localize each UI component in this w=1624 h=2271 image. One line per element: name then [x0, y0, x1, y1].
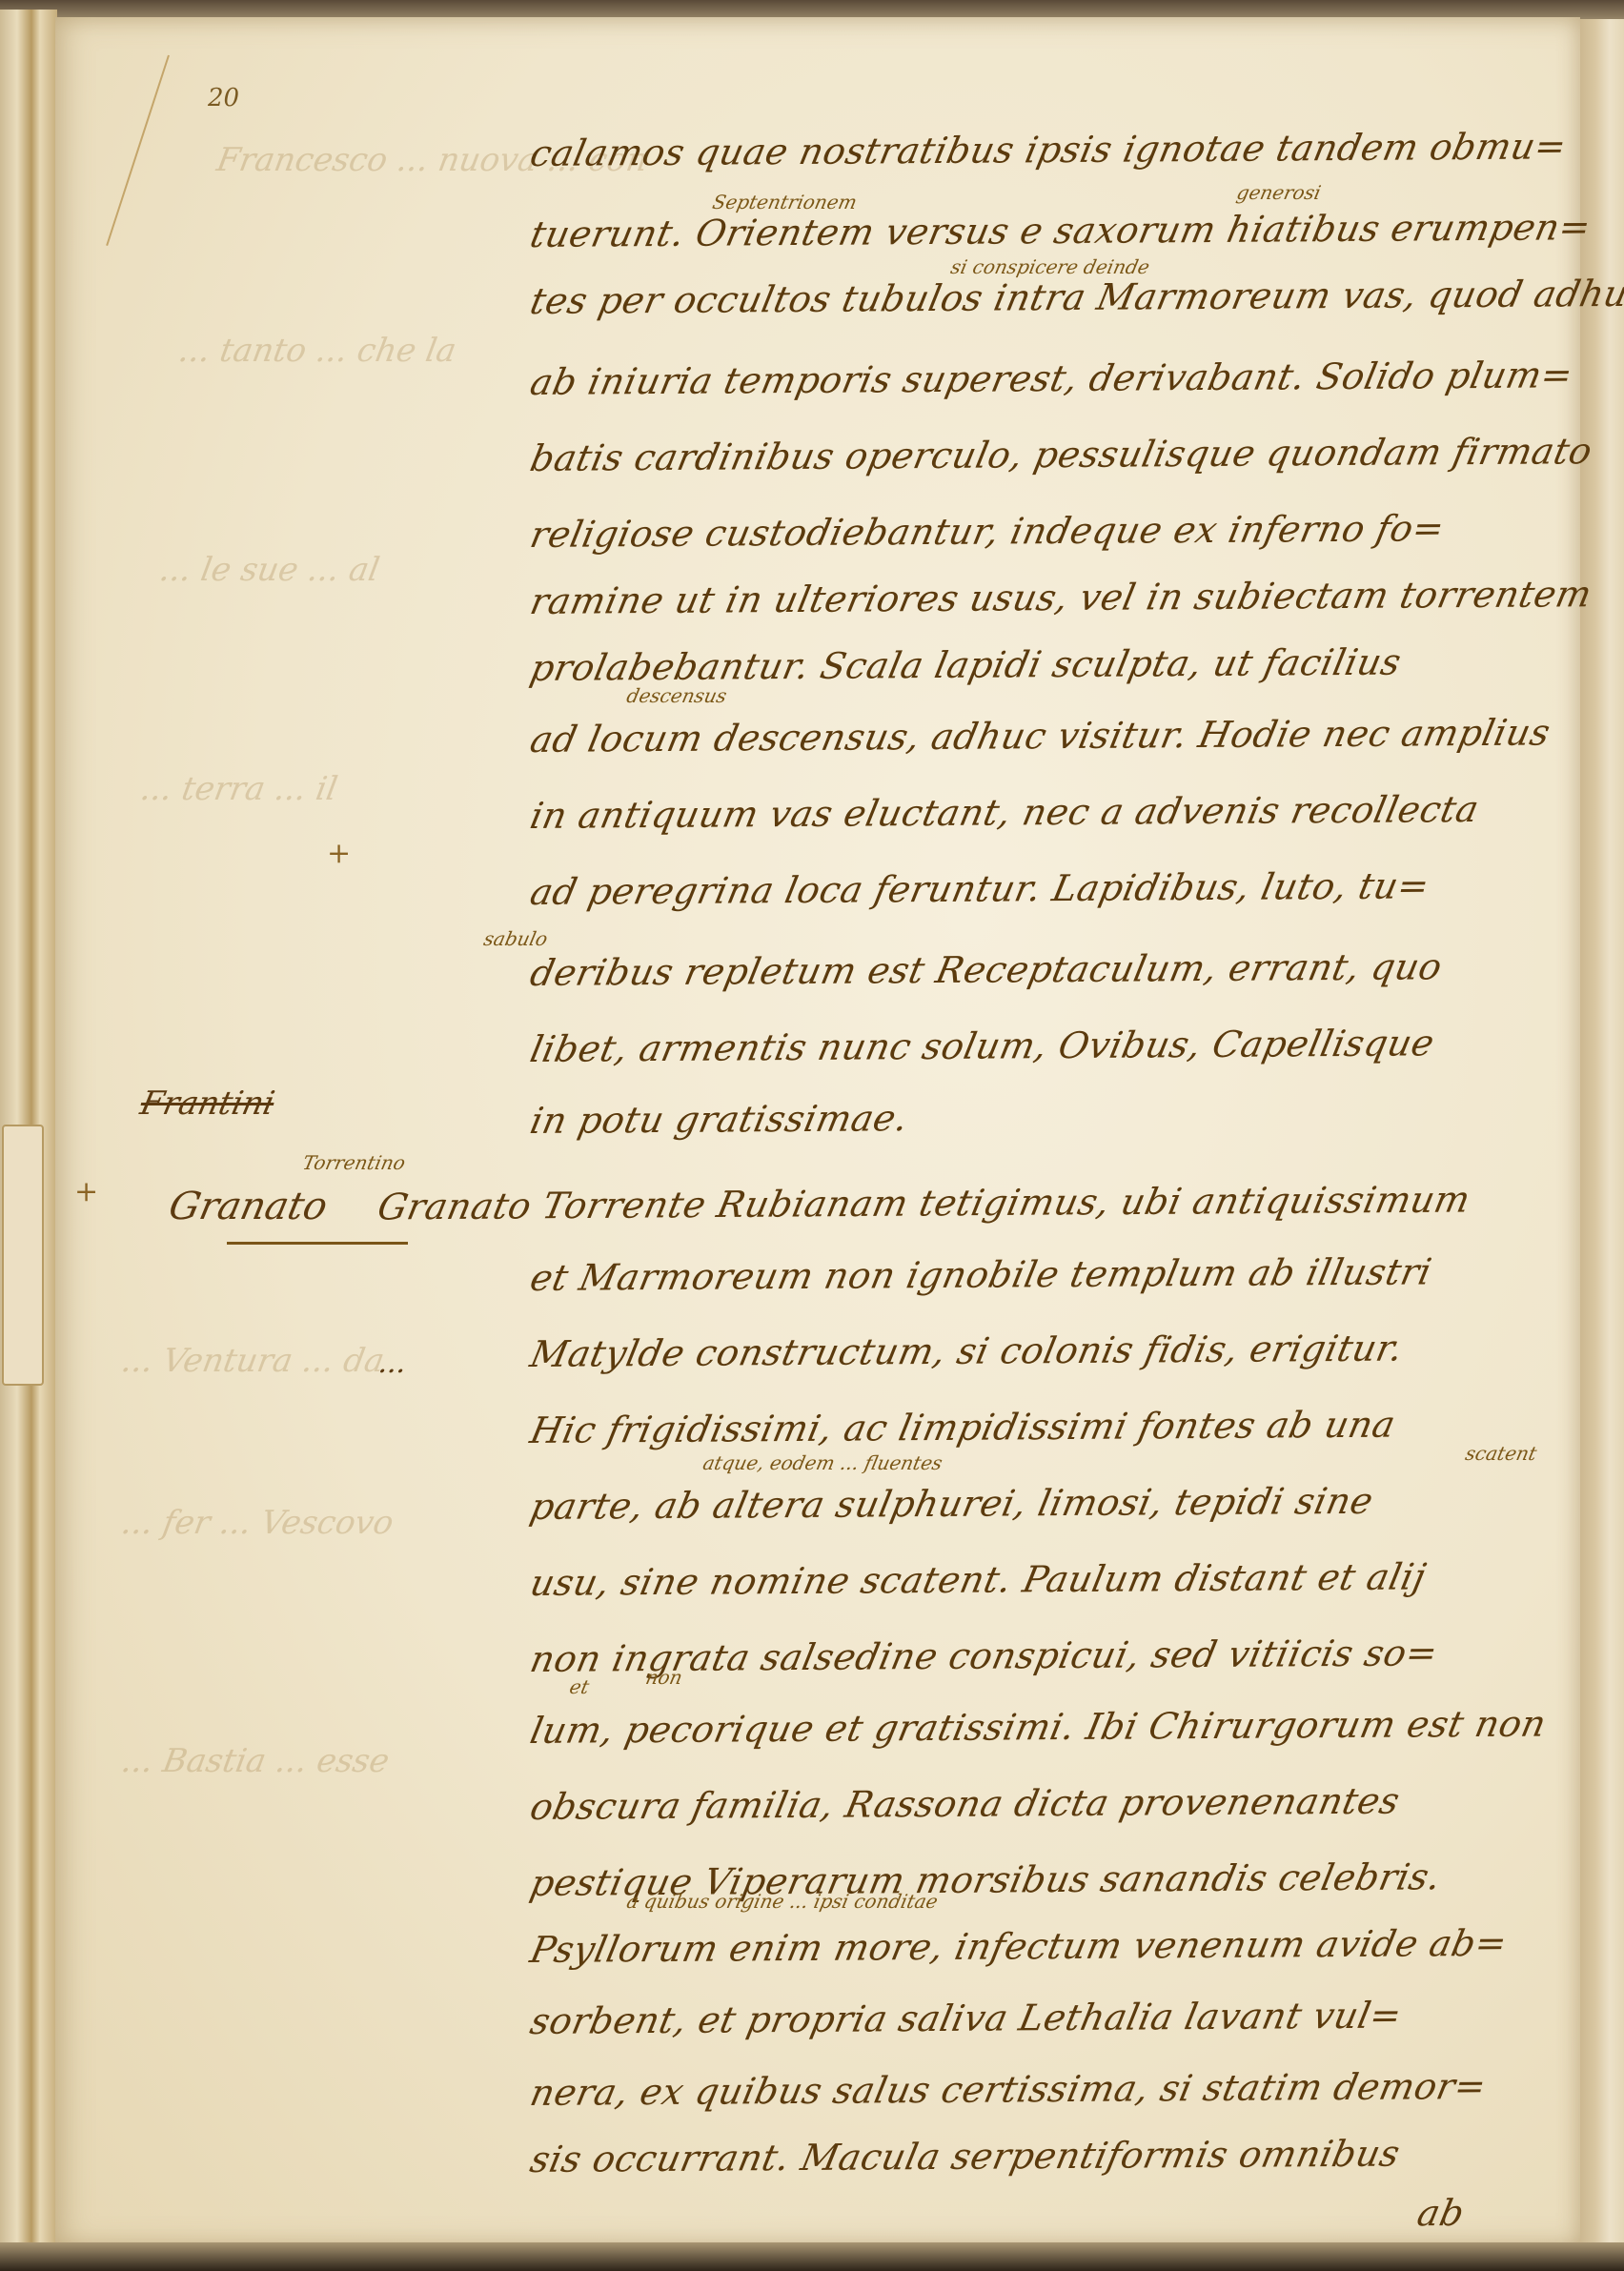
text-line: prolabebantur. Scala lapidi sculpta, ut … [527, 642, 1613, 686]
text-line: ramine ut in ulteriores usus, vel in sub… [527, 576, 1613, 619]
text-line: calamos quae nostratibus ipsis ignotae t… [527, 128, 1613, 172]
interlinear-note: a quibus origine ... ipsi conditae [624, 1890, 940, 1913]
binding-strap [2, 1125, 44, 1386]
text-line: Psyllorum enim more, infectum venenum av… [527, 1924, 1613, 1968]
manuscript-page: Francesco ... nuova ... con ... tanto ..… [55, 17, 1580, 2247]
bleed-through-text: ... Ventura ... da [118, 1342, 387, 1380]
book-binding [0, 10, 57, 2259]
interlinear-note: generosi [1234, 181, 1323, 204]
text-line: non ingrata salsedine conspicui, sed vit… [527, 1633, 1613, 1677]
text-line: Hic frigidissimi, ac limpidissimi fontes… [527, 1405, 1613, 1449]
bleed-through-text: ... le sue ... al [156, 551, 382, 589]
margin-note: Granato [165, 1185, 331, 1228]
interlinear-note: descensus [624, 684, 728, 707]
page-bottom-edge [0, 2242, 1624, 2271]
interlinear-note: sabulo [481, 927, 549, 950]
text-line: nera, ex quibus salus certissima, si sta… [527, 2067, 1613, 2111]
text-line: sorbent, et propria saliva Lethalia lava… [527, 1996, 1613, 2039]
text-line: batis cardinibus operculo, pessulisque q… [527, 433, 1613, 477]
text-line: tuerunt. Orientem versus e saxorum hiati… [527, 209, 1613, 253]
margin-cross-mark: + [74, 1175, 98, 1208]
text-line: lum, pecorique et gratissimi. Ibi Chirur… [527, 1705, 1613, 1749]
text-line: sis occurrant. Macula serpentiformis omn… [527, 2134, 1613, 2178]
text-line: Granato Torrente Rubianam tetigimus, ubi… [375, 1180, 1614, 1225]
text-line: Matylde constructum, si colonis fidis, e… [527, 1328, 1613, 1372]
bleed-through-text: ... tanto ... che la [175, 332, 458, 370]
margin-note-struck: Frantini [137, 1085, 278, 1123]
margin-ellipsis: ... [376, 1347, 410, 1380]
text-line: deribus repletum est Receptaculum, erran… [527, 947, 1613, 991]
text-line: ad peregrina loca feruntur. Lapidibus, l… [527, 866, 1613, 910]
text-line: et Marmoreum non ignobile templum ab ill… [527, 1252, 1613, 1296]
interlinear-note: atque, eodem ... fluentes [700, 1451, 944, 1474]
text-line: ad locum descensus, adhuc visitur. Hodie… [527, 714, 1613, 758]
text-line: ab iniuria temporis superest, derivabant… [527, 356, 1613, 400]
text-line: in antiquum vas eluctant, nec a advenis … [527, 790, 1613, 834]
text-line: parte, ab altera sulphurei, limosi, tepi… [527, 1481, 1613, 1525]
interlinear-note: Septentrionem [710, 191, 859, 213]
bleed-through-text: ... Bastia ... esse [118, 1742, 392, 1780]
catchword: ab [1414, 2195, 1498, 2232]
bleed-through-text: ... fer ... Vescovo [118, 1504, 396, 1542]
page-number-mark [106, 55, 170, 246]
text-line: religiose custodiebantur, indeque ex inf… [527, 509, 1613, 553]
margin-cross-mark: + [327, 837, 351, 870]
interlinear-note: Torrentino [300, 1151, 407, 1174]
interlinear-note: non [643, 1666, 684, 1689]
interlinear-note: et [567, 1675, 591, 1698]
text-line: tes per occultos tubulos intra Marmoreum… [527, 275, 1613, 319]
text-line: usu, sine nomine scatent. Paulum distant… [527, 1557, 1613, 1601]
interlinear-note: si conspicere deinde [948, 255, 1151, 278]
page-number: 20 [208, 84, 239, 112]
bleed-through-text: ... terra ... il [137, 770, 340, 808]
text-line: in potu gratissimae. [527, 1095, 1613, 1139]
text-line: libet, armentis nunc solum, Ovibus, Cape… [527, 1024, 1613, 1067]
margin-underline [227, 1242, 408, 1245]
text-line: obscura familia, Rassona dicta provenena… [527, 1781, 1613, 1825]
interlinear-note: scatent [1463, 1442, 1538, 1465]
page-stack-edge [1576, 19, 1624, 2249]
